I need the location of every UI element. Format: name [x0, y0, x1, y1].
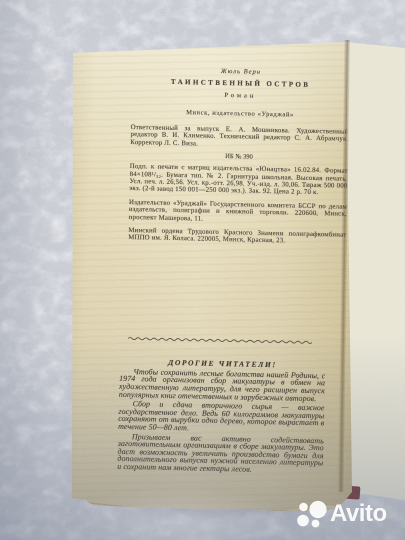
- book-genre: Роман: [131, 90, 349, 102]
- imprint-city-line: Минск, издательство «Ураджай»: [131, 108, 349, 120]
- print-details: Подп. к печати с матриц издательства «Юн…: [129, 163, 348, 197]
- book-photo: Жюль Верн ТАИНСТВЕННЫЙ ОСТРОВ Роман Минс…: [0, 0, 405, 540]
- avito-watermark: Avito: [295, 497, 387, 531]
- readers-paragraph: Сбор и сдача вторичного сырья — важное г…: [118, 400, 325, 435]
- readers-paragraph: Призываем вас активно содействовать заго…: [117, 432, 324, 474]
- book-page-left-colophon: Жюль Верн ТАИНСТВЕННЫЙ ОСТРОВ Роман Минс…: [70, 42, 354, 510]
- ib-number: ИБ № 390: [130, 151, 348, 163]
- watermark-text: Avito: [330, 500, 387, 528]
- avito-logo-icon: [295, 497, 328, 531]
- book-page-right-blank: [346, 38, 405, 503]
- book-title: ТАИНСТВЕННЫЙ ОСТРОВ: [132, 77, 350, 90]
- wavy-divider: [128, 336, 314, 345]
- readers-paragraph: Чтобы сохранить лесные богатства нашей Р…: [119, 368, 326, 403]
- colophon-text-block: Жюль Верн ТАИНСТВЕННЫЙ ОСТРОВ Роман Минс…: [123, 66, 350, 475]
- printing-house-address: Минский ордена Трудового Красного Знамен…: [128, 227, 346, 247]
- readers-note: ДОРОГИЕ ЧИТАТЕЛИ! Чтобы сохранить лесные…: [117, 357, 325, 475]
- editorial-credits: Ответственный за выпуск Е. А. Мошникова.…: [130, 124, 348, 151]
- publisher-address: Издательство «Ураджай» Государственного …: [129, 199, 347, 226]
